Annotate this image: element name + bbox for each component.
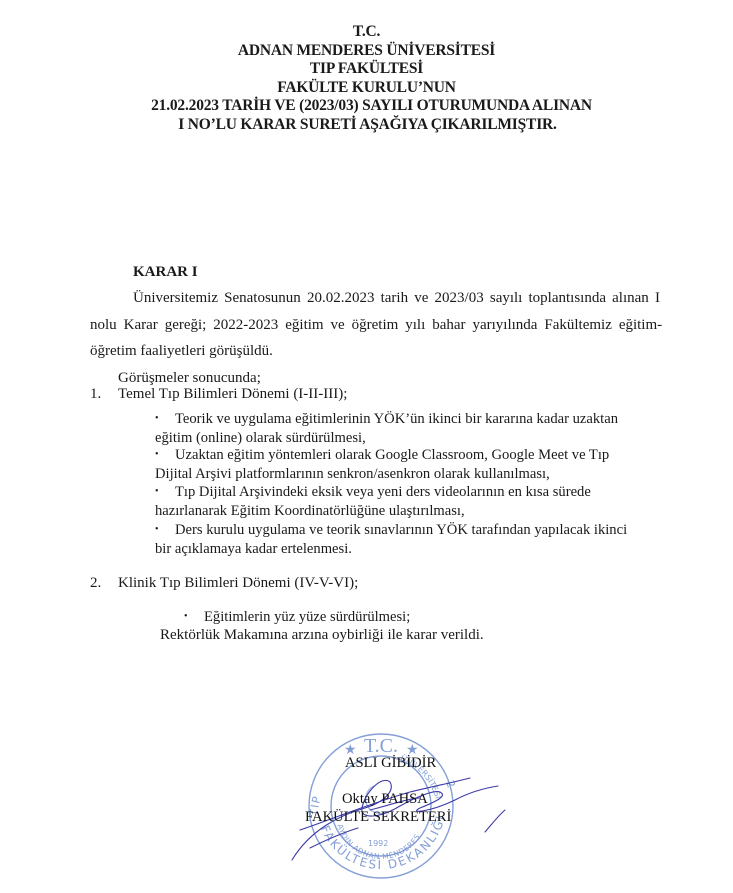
header-line-session: 21.02.2023 TARİH VE (2023/03) SAYILI OTU… xyxy=(0,97,733,116)
discussion-intro: Görüşmeler sonucunda; xyxy=(118,370,261,387)
header-line-university: ADNAN MENDERES ÜNİVERSİTESİ xyxy=(0,42,733,61)
header-line-faculty: TIP FAKÜLTESİ xyxy=(0,60,733,79)
bullet-text: eğitim (online) olarak sürdürülmesi, xyxy=(155,429,618,448)
paragraph-line-3: öğretim faaliyetleri görüşüldü. xyxy=(90,343,273,360)
certified-copy-label: ASLI GİBİDİR xyxy=(345,755,436,772)
paragraph-line-2: nolu Karar gereği; 2022-2023 eğitim ve ö… xyxy=(90,317,662,334)
bullet-text: hazırlanarak Eğitim Koordinatörlüğüne ul… xyxy=(155,502,591,521)
bullet-icon: • xyxy=(155,521,175,540)
list-item-number: 2. xyxy=(90,575,118,592)
document-page: T.C. ADNAN MENDERES ÜNİVERSİTESİ TIP FAK… xyxy=(0,0,733,893)
bullet-digital-archive: •Tıp Dijital Arşivindeki eksik veya yeni… xyxy=(155,483,591,520)
bullet-text: Eğitimlerin yüz yüze sürdürülmesi; xyxy=(204,609,410,625)
bullet-icon: • xyxy=(155,446,175,465)
signatory-role: FAKÜLTE SEKRETERİ xyxy=(305,809,451,826)
signatory-name: Oktay PAHSA xyxy=(342,791,428,808)
bullet-text: Dijital Arşivi platformlarının senkron/a… xyxy=(155,465,609,484)
decision-conclusion: Rektörlük Makamına arzına oybirliği ile … xyxy=(160,627,484,644)
header-line-decision-copy: I NO’LU KARAR SURETİ AŞAĞIYA ÇIKARILMIŞT… xyxy=(0,116,733,135)
bullet-platforms: •Uzaktan eğitim yöntemleri olarak Google… xyxy=(155,446,609,483)
bullet-icon: • xyxy=(184,608,204,627)
list-item-clinical-medical-sciences: 2.Klinik Tıp Bilimleri Dönemi (IV-V-VI); xyxy=(90,575,358,592)
decision-title: KARAR I xyxy=(133,264,198,281)
list-item-title: Klinik Tıp Bilimleri Dönemi (IV-V-VI); xyxy=(118,575,358,591)
bullet-icon: • xyxy=(155,410,175,429)
bullet-text: Uzaktan eğitim yöntemleri olarak Google … xyxy=(175,447,609,463)
list-item-number: 1. xyxy=(90,386,118,403)
bullet-text: Tıp Dijital Arşivindeki eksik veya yeni … xyxy=(175,484,591,500)
list-item-basic-medical-sciences: 1.Temel Tıp Bilimleri Dönemi (I-II-III); xyxy=(90,386,347,403)
paragraph-line-1: Üniversitemiz Senatosunun 20.02.2023 tar… xyxy=(133,290,660,307)
list-item-title: Temel Tıp Bilimleri Dönemi (I-II-III); xyxy=(118,386,347,402)
header-line-board: FAKÜLTE KURULU’NUN xyxy=(0,79,733,98)
bullet-icon: • xyxy=(155,483,175,502)
bullet-online-education: •Teorik ve uygulama eğitimlerinin YÖK’ün… xyxy=(155,410,618,447)
bullet-exams-postponed: •Ders kurulu uygulama ve teorik sınavlar… xyxy=(155,521,627,558)
bullet-text: Teorik ve uygulama eğitimlerinin YÖK’ün … xyxy=(175,411,618,427)
header-line-state: T.C. xyxy=(0,23,733,42)
document-header: T.C. ADNAN MENDERES ÜNİVERSİTESİ TIP FAK… xyxy=(0,23,733,135)
bullet-face-to-face: •Eğitimlerin yüz yüze sürdürülmesi; xyxy=(184,608,410,627)
bullet-text: bir açıklamaya kadar ertelenmesi. xyxy=(155,540,627,559)
bullet-text: Ders kurulu uygulama ve teorik sınavları… xyxy=(175,522,627,538)
